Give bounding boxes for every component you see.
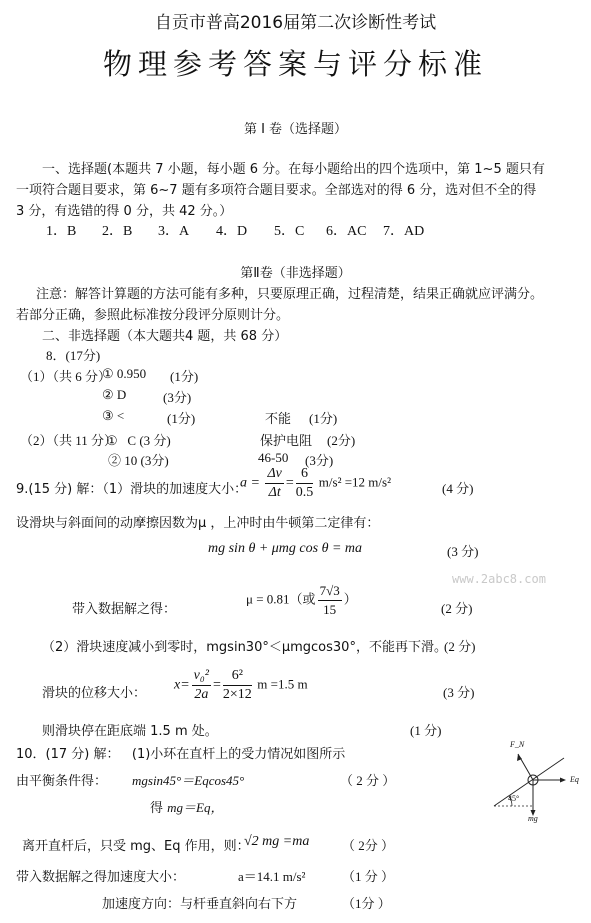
q8-p1-item2: ② D [102,387,126,403]
q8-part2-label: （2）（共 11 分） [20,430,117,449]
q8-p1-score2: (3分) [163,387,191,406]
part2-heading: 第Ⅱ卷（非选择题） [0,262,591,281]
q9-newton-score: (3 分) [447,541,478,560]
q9-part2-text: （2）滑块速度减小到零时，mgsin30°＜μmgcos30°，不能再下滑。 [42,636,447,655]
q8-p1-item1: ① 0.950 [102,366,146,382]
q10-leave-text: 离开直杆后，只受 mg、Eq 作用，则： [22,835,250,854]
section-title: 二、非选择题（本大题共4 题，共 68 分） [42,325,287,344]
q8-p2-item2: ② 10 (3分) [108,450,169,469]
exam-subtitle: 自贡市普高2016届第二次诊断性考试 [0,8,591,33]
q8-p2-extra1-score: (2分) [327,430,355,449]
q10-leave-equation: √2 mg =ma [244,834,309,850]
q8-p1-score3: (1分) [167,408,195,427]
angle-label: 45° [508,794,519,803]
q8-p1-item3: ③ < [102,408,124,424]
answer-item: 3．A [158,220,189,240]
fn-label: F_N [510,740,524,749]
q8-p1-extra: 不能 [265,408,291,427]
q9-conclusion-score: (1 分) [410,720,441,739]
q9-intro: 9.(15 分) 解：（1）滑块的加速度大小： [16,478,247,497]
q9-mu-equation: μ = 0.81（或7√315） [246,582,357,619]
answer-item: 7．AD [383,220,424,240]
part2-note-1: 注意：解答计算题的方法可能有多种，只要原理正确，过程清楚，结果正确就应评满分。 [36,283,543,302]
q10-acc-equation: a＝14.1 m/s² [238,866,305,885]
answer-item: 4．D [216,220,247,240]
part1-instructions-2: 一项符合题目要求，第 6~7 题有多项符合题目要求。全部选对的得 6 分，选对但… [16,179,536,198]
part1-instructions-1: 一、选择题(本题共 7 小题，每小题 6 分。在每小题给出的四个选项中，第 1~… [42,158,545,177]
q9-disp-label: 滑块的位移大小： [42,682,146,701]
mg-label: mg [528,814,538,823]
q10-balance-label: 由平衡条件得： [16,770,107,789]
q10-balance-score: （ 2 分 ） [340,770,395,789]
q10-direction-score: （1分 ） [342,893,391,912]
q8-p1-extra-score: (1分) [309,408,337,427]
q9-disp-equation: x=v₀²2a=6²2×12 m =1.5 m [174,667,308,704]
q8-title: 8．(17分) [46,345,100,364]
q9-disp-score: (3 分) [443,682,474,701]
eq-label: Eq [570,775,579,784]
q8-p2-extra1: 保护电阻 [260,430,312,449]
q9-part2-score: (2 分) [444,636,475,655]
q10-acc-score: （1 分 ） [342,866,394,885]
q10-result: 得 mg＝Eq， [150,797,223,816]
q9-acc-score: (4 分) [442,478,473,497]
q10-leave-score: （ 2分 ） [342,835,394,854]
answer-item: 2．B [102,220,132,240]
doc-title: 物理参考答案与评分标准 [0,42,591,83]
answer-item: 6．AC [326,220,366,240]
part1-heading: 第 Ⅰ 卷（选择题） [0,118,591,137]
q9-mu-score: (2 分) [441,598,472,617]
q8-p1-score1: (1分) [170,366,198,385]
q10-acc-label: 带入数据解之得加速度大小： [16,866,185,885]
q9-conclusion: 则滑块停在距底端 1.5 m 处。 [42,720,218,739]
q9-mu-label: 带入数据解之得： [72,598,176,617]
part2-note-2: 若部分正确，参照此标准按分段评分原则计分。 [16,304,289,323]
q10-direction: 加速度方向：与杆垂直斜向右下方 [102,893,297,912]
q8-part1-label: （1）（共 6 分） [20,366,111,385]
answer-item: 1．B [46,220,76,240]
watermark: www.2abc8.com [452,572,546,586]
q10-intro: 10．(17 分) 解： (1)小环在直杆上的受力情况如图所示 [16,743,345,762]
q8-p2-item1: ① C (3 分) [106,430,171,449]
q8-p2-extra2: 46-50 [258,450,288,466]
q10-balance-equation: mgsin45°＝Eqcos45° [132,770,244,789]
q9-newton-equation: mg sin θ + μmg cos θ = ma [208,541,362,557]
q9-mu-intro: 设滑块与斜面间的动摩擦因数为μ ，上冲时由牛顿第二定律有： [16,512,379,531]
part1-instructions-3: 3 分，有选错的得 0 分，共 42 分。） [16,200,232,219]
force-diagram: F_N Eq mg 45° [488,742,588,822]
answer-item: 5．C [274,220,304,240]
q9-acc-equation: a = ΔvΔt=60.5 m/s² =12 m/s² [240,465,391,502]
